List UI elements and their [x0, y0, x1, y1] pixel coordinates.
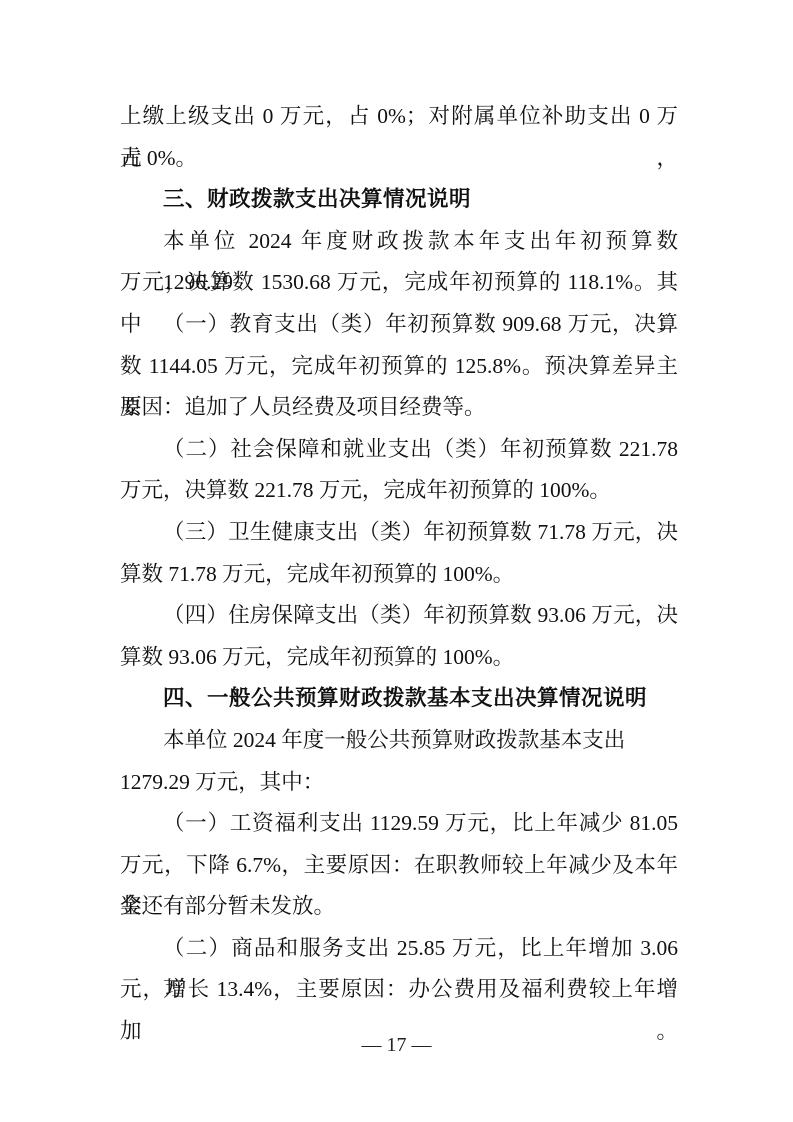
text-line: 万元，决算数 221.78 万元，完成年初预算的 100%。: [120, 470, 678, 512]
text-line: 本单位 2024 年度一般公共预算财政拨款基本支出: [120, 720, 678, 762]
text-line: 万元，决算数 1530.68 万元，完成年初预算的 118.1%。其中：: [120, 262, 678, 304]
text-line: 本单位 2024 年度财政拨款本年支出年初预算数 1296.29: [120, 221, 678, 263]
text-line: （一）工资福利支出 1129.59 万元，比上年减少 81.05: [120, 803, 678, 845]
text-line: 算数 71.78 万元，完成年初预算的 100%。: [120, 554, 678, 596]
page-number: — 17 —: [0, 1032, 793, 1058]
document-body: 上缴上级支出 0 万元，占 0%；对附属单位补助支出 0 万元，占 0%。三、财…: [120, 96, 678, 1011]
section-heading: 三、财政拨款支出决算情况说明: [120, 179, 678, 221]
text-line: 金还有部分暂未发放。: [120, 886, 678, 928]
text-line: 元，增长 13.4%，主要原因：办公费用及福利费较上年增加。: [120, 969, 678, 1011]
text-line: 算数 93.06 万元，完成年初预算的 100%。: [120, 637, 678, 679]
text-line: 1279.29 万元，其中：: [120, 762, 678, 804]
text-line: 数 1144.05 万元，完成年初预算的 125.8%。预决算差异主要: [120, 346, 678, 388]
text-line: 原因：追加了人员经费及项目经费等。: [120, 387, 678, 429]
text-line: 上缴上级支出 0 万元，占 0%；对附属单位补助支出 0 万元，: [120, 96, 678, 138]
text-line: （二）商品和服务支出 25.85 万元，比上年增加 3.06 万: [120, 928, 678, 970]
text-line: （四）住房保障支出（类）年初预算数 93.06 万元，决: [120, 595, 678, 637]
document-page: 上缴上级支出 0 万元，占 0%；对附属单位补助支出 0 万元，占 0%。三、财…: [0, 0, 793, 1122]
section-heading: 四、一般公共预算财政拨款基本支出决算情况说明: [120, 678, 678, 720]
text-line: （一）教育支出（类）年初预算数 909.68 万元，决算: [120, 304, 678, 346]
text-line: （三）卫生健康支出（类）年初预算数 71.78 万元，决: [120, 512, 678, 554]
text-line: （二）社会保障和就业支出（类）年初预算数 221.78: [120, 429, 678, 471]
text-line: 万元，下降 6.7%，主要原因：在职教师较上年减少及本年奖: [120, 845, 678, 887]
